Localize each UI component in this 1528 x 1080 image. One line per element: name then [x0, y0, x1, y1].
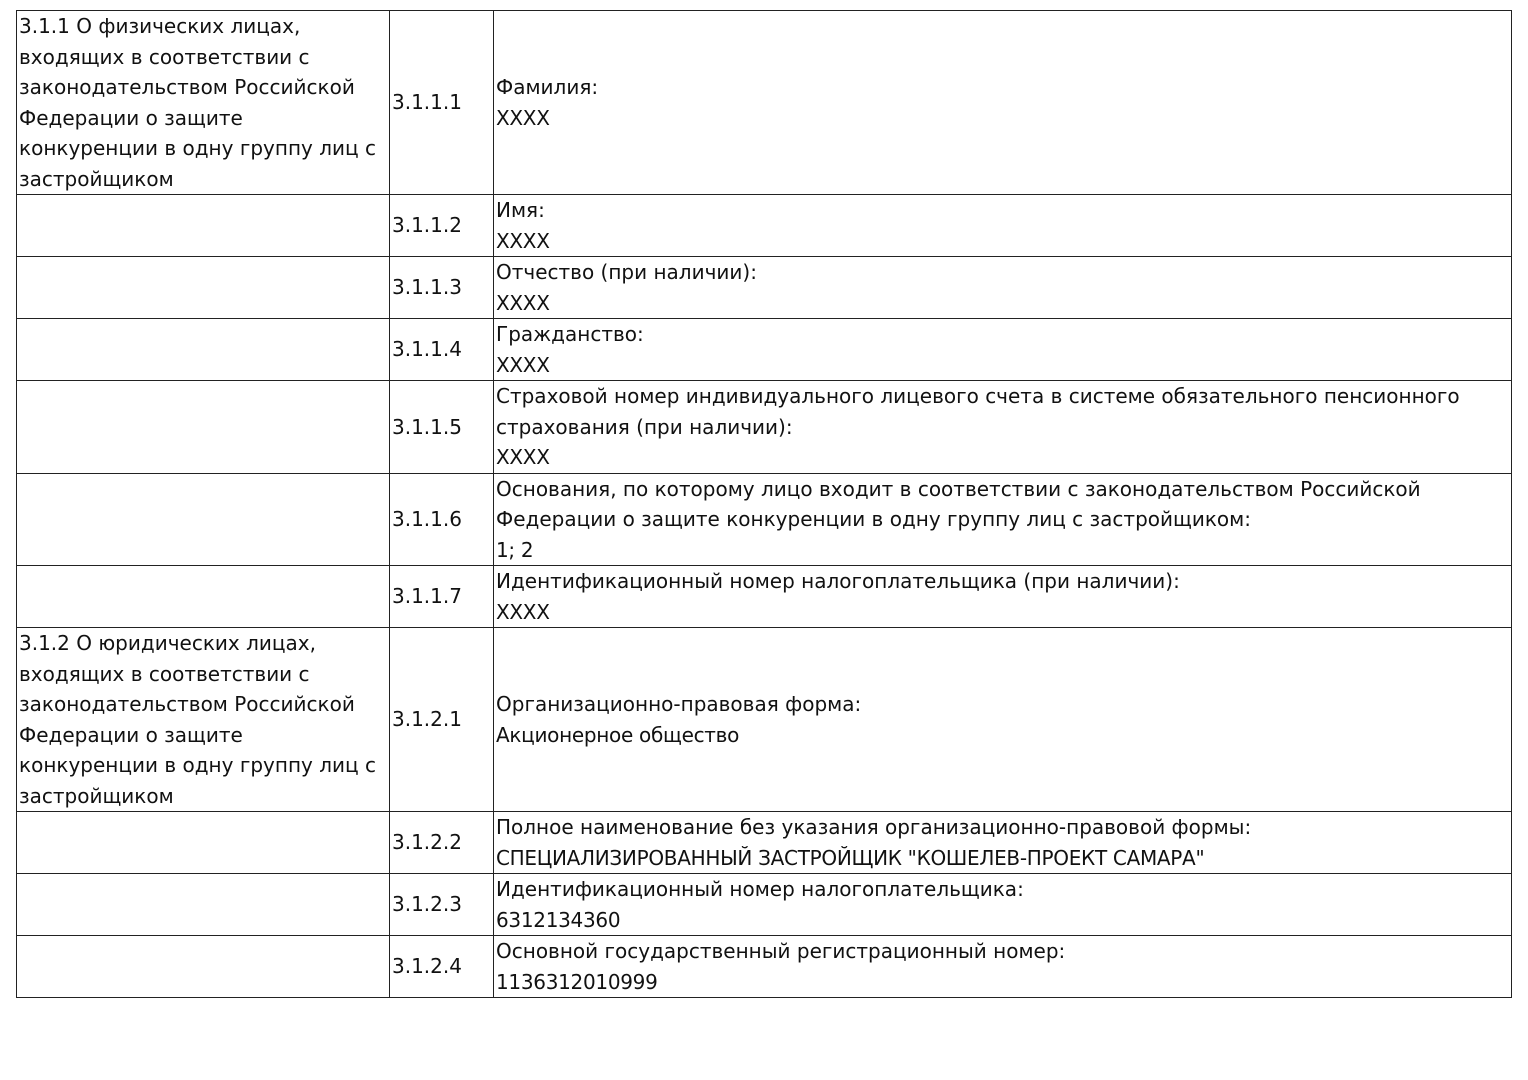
item-cell: Гражданство:XXXX: [494, 319, 1512, 381]
item-label: Организационно-правовая форма:: [496, 689, 1509, 720]
item-label: Идентификационный номер налогоплательщик…: [496, 566, 1509, 597]
empty-cell: [17, 936, 390, 998]
item-number: 3.1.1.6: [390, 473, 494, 566]
empty-cell: [17, 473, 390, 566]
table-row: 3.1.2.3Идентификационный номер налогопла…: [17, 874, 1512, 936]
item-number: 3.1.1.4: [390, 319, 494, 381]
item-value: XXXX: [496, 288, 1509, 319]
item-cell: Основной государственный регистрационный…: [494, 936, 1512, 998]
item-cell: Отчество (при наличии):XXXX: [494, 257, 1512, 319]
section-title: 3.1.2 О юридических лицах, входящих в со…: [17, 628, 390, 812]
item-cell: Организационно-правовая форма:Акционерно…: [494, 628, 1512, 812]
table-row: 3.1.2 О юридических лицах, входящих в со…: [17, 628, 1512, 812]
item-label: Идентификационный номер налогоплательщик…: [496, 874, 1509, 905]
item-label: Основания, по которому лицо входит в соо…: [496, 474, 1509, 535]
item-label: Полное наименование без указания организ…: [496, 812, 1509, 843]
item-number: 3.1.1.5: [390, 381, 494, 474]
item-number: 3.1.2.1: [390, 628, 494, 812]
item-cell: Страховой номер индивидуального лицевого…: [494, 381, 1512, 474]
empty-cell: [17, 812, 390, 874]
item-number: 3.1.2.3: [390, 874, 494, 936]
item-value: СПЕЦИАЛИЗИРОВАННЫЙ ЗАСТРОЙЩИК "КОШЕЛЕВ-П…: [496, 843, 1509, 874]
item-value: XXXX: [496, 226, 1509, 257]
item-cell: Имя:XXXX: [494, 195, 1512, 257]
table-row: 3.1.1.7Идентификационный номер налогопла…: [17, 566, 1512, 628]
item-cell: Фамилия:XXXX: [494, 11, 1512, 195]
document-table: 3.1.1 О физических лицах, входящих в соо…: [16, 10, 1512, 998]
item-label: Фамилия:: [496, 72, 1509, 103]
item-label: Гражданство:: [496, 319, 1509, 350]
table-row: 3.1.2.4Основной государственный регистра…: [17, 936, 1512, 998]
item-value: XXXX: [496, 103, 1509, 134]
table-row: 3.1.1.6Основания, по которому лицо входи…: [17, 473, 1512, 566]
empty-cell: [17, 195, 390, 257]
section-title: 3.1.1 О физических лицах, входящих в соо…: [17, 11, 390, 195]
item-cell: Идентификационный номер налогоплательщик…: [494, 874, 1512, 936]
empty-cell: [17, 874, 390, 936]
item-label: Основной государственный регистрационный…: [496, 936, 1509, 967]
empty-cell: [17, 566, 390, 628]
item-value: 1136312010999: [496, 967, 1509, 998]
empty-cell: [17, 381, 390, 474]
item-value: XXXX: [496, 442, 1509, 473]
item-number: 3.1.2.4: [390, 936, 494, 998]
table-row: 3.1.1.5Страховой номер индивидуального л…: [17, 381, 1512, 474]
item-value: 1; 2: [496, 535, 1509, 566]
item-cell: Идентификационный номер налогоплательщик…: [494, 566, 1512, 628]
item-label: Страховой номер индивидуального лицевого…: [496, 381, 1509, 442]
item-number: 3.1.1.7: [390, 566, 494, 628]
table-row: 3.1.1 О физических лицах, входящих в соо…: [17, 11, 1512, 195]
item-label: Отчество (при наличии):: [496, 257, 1509, 288]
item-cell: Основания, по которому лицо входит в соо…: [494, 473, 1512, 566]
table-row: 3.1.1.2Имя:XXXX: [17, 195, 1512, 257]
item-cell: Полное наименование без указания организ…: [494, 812, 1512, 874]
item-label: Имя:: [496, 195, 1509, 226]
item-value: 6312134360: [496, 905, 1509, 936]
item-number: 3.1.1.3: [390, 257, 494, 319]
table-row: 3.1.1.3Отчество (при наличии):XXXX: [17, 257, 1512, 319]
item-value: Акционерное общество: [496, 720, 1509, 751]
item-number: 3.1.2.2: [390, 812, 494, 874]
item-value: XXXX: [496, 597, 1509, 628]
table-row: 3.1.2.2Полное наименование без указания …: [17, 812, 1512, 874]
item-value: XXXX: [496, 350, 1509, 381]
table-row: 3.1.1.4Гражданство:XXXX: [17, 319, 1512, 381]
item-number: 3.1.1.2: [390, 195, 494, 257]
item-number: 3.1.1.1: [390, 11, 494, 195]
empty-cell: [17, 257, 390, 319]
empty-cell: [17, 319, 390, 381]
